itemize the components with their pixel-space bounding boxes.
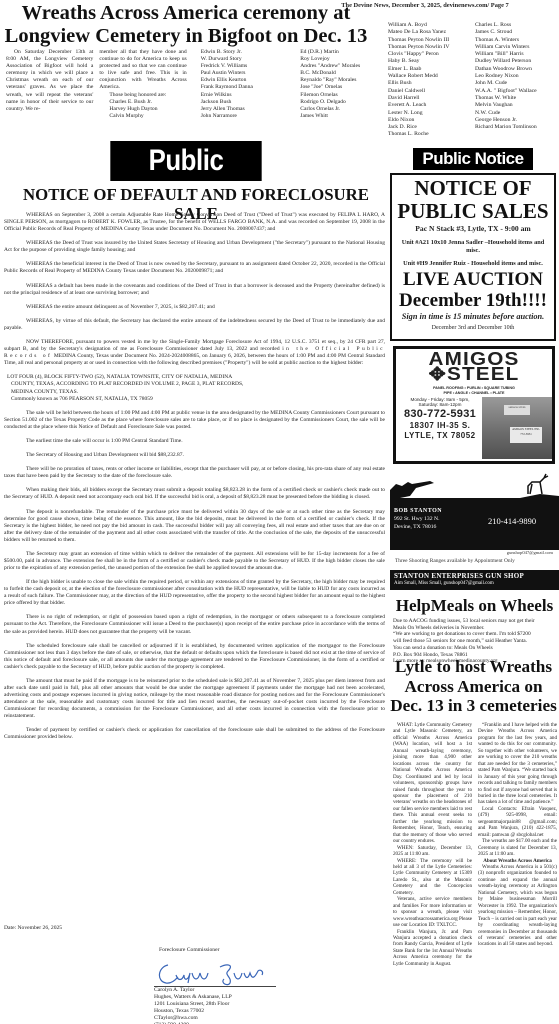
honoree: Eldo Nixon [388, 117, 471, 124]
page-header: The Devine News, December 3, 2025, devin… [294, 2, 556, 9]
honoree: Thomas Peyton Nowlin IV [388, 44, 471, 51]
article-paragraph: Local Contacts: Efrain Vasquez, (479) 92… [478, 806, 557, 838]
honored-list-2: Edwin B. Story Jr. W. Durward Story Fred… [193, 49, 281, 120]
shop-name: STANTON ENTERPRISES GUN SHOP [394, 572, 524, 580]
honoree: Charles L. Ross [475, 22, 558, 29]
notice-date: Date: November 26, 2025 [4, 925, 62, 932]
article-body-2: member all that they have done and conti… [99, 49, 186, 92]
gun-shop-ranges: gunshop047@gmail.com Three Shooting Rang… [390, 550, 559, 570]
honoree: James C. Stroud [475, 29, 558, 36]
article-col-2: member all that they have done and conti… [99, 49, 186, 120]
honoree: Clovis "Happy" Peron [388, 51, 471, 58]
signer-line: Houston, Texas 77002 [154, 1008, 232, 1015]
signer-contact: Carolyn A. Taylor Hughes, Watters & Aska… [154, 987, 232, 1024]
notice-paragraph: WHEREAS the entire amount delinquent as … [4, 304, 385, 311]
honoree: N.W. Cude [475, 110, 558, 117]
storefront-photo: AMIGOS STEEL AMIGOS STEEL 830-772-5931 [482, 397, 552, 459]
publication-dates: December 3rd and December 10th [392, 325, 554, 331]
notice-paragraph: If the high bidder is unable to close th… [4, 579, 385, 607]
now-therefore-paragraph: NOW THEREFORE, pursuant to powers vested… [4, 339, 385, 367]
address: 992 St. Hwy 132 N. [394, 516, 440, 524]
honoree: Thomas Peyton Nowlin III [388, 37, 471, 44]
honoree: Lester N. Long [388, 110, 471, 117]
lytle-headline: Lytle to host Wreaths Across America on … [388, 657, 559, 716]
shop-tagline: Aim Small, Miss Small, gunshop047@gmail.… [394, 581, 494, 586]
logo-line: ✥STEEL [384, 367, 559, 382]
honoree: Paul Austin Winters [201, 70, 281, 77]
lytle-article: WHAT: Lytle Community Cemetery and Lytle… [393, 722, 557, 967]
lot-line: Commonly known as 706 PEARSON ST, NATALI… [7, 396, 385, 403]
lytle-col-1: WHAT: Lytle Community Cemetery and Lytle… [393, 722, 472, 967]
article-paragraph: WHERE: The ceremony will be held at all … [393, 858, 472, 897]
honoree: Frank Raymond Danna [201, 84, 281, 91]
gun-shop-ad: BOB STANTON 992 St. Hwy 132 N. Devine, T… [390, 470, 559, 592]
article-paragraph: “Franklin and I have helped with the Dev… [478, 722, 557, 806]
meals-line: will feed those 53 seniors for one month… [393, 638, 557, 645]
honoree: Elmer L. Baab [388, 66, 471, 73]
signature-image [154, 959, 276, 987]
lot-line: MEDINA COUNTY, TEXAS. [7, 389, 385, 396]
notice-paragraph: Tender of payment by certified or cashie… [4, 727, 385, 741]
signer-line: CTaylor@hwa.com [154, 1015, 232, 1022]
honored-label: Those being honored are: [99, 92, 186, 99]
honored-names-continued: William A. Boyd Mateo De La Rosa Yanez T… [388, 22, 558, 139]
honoree: Calvin Murphy [109, 113, 186, 120]
amigos-products: PANEL ROOFING • PURLIN • SQUARE TUBING P… [396, 386, 552, 396]
article-col-1: On Saturday December 13th at 8:00 AM, th… [6, 49, 93, 120]
meals-line: You can send a donation to: Meals On Whe… [393, 645, 557, 652]
signin-note: Sign in time is 15 minutes before auctio… [392, 312, 554, 322]
honoree: Wallace Robert Medd [388, 73, 471, 80]
auction-date: December 19th!!!! [392, 292, 554, 310]
honoree: Mateo De La Rosa Yanez [388, 29, 471, 36]
address: Devine, TX 78016 [394, 524, 440, 532]
meals-title: HelpMeals on Wheels [390, 596, 559, 616]
honoree: Ellis Bush [388, 80, 471, 87]
honoree: Filemon Ornelas [300, 92, 374, 99]
honoree: Haby B. Seay [388, 58, 471, 65]
address: LYTLE, TX 78052 [398, 431, 482, 441]
sales-title-1: NOTICE OF [392, 178, 554, 198]
notice-paragraph: There will be no proration of taxes, ren… [4, 466, 385, 480]
honoree: Leo Rodney Nixon [475, 73, 558, 80]
live-auction-heading: LIVE AUCTION [392, 271, 554, 289]
honoree: Reynaldo "Ray" Morales [300, 77, 374, 84]
sales-location: Pac N Stack #3, Lytle, TX - 9:00 am [392, 224, 554, 233]
address: 18307 IH-35 S. [398, 421, 482, 431]
lot-line: LOT FOUR (4), BLOCK FIFTY-TWO (52), NATA… [7, 374, 385, 381]
notice-paragraph: The amount that must be paid if the mort… [4, 678, 385, 720]
honoree: Edwin B. Story Jr. [201, 49, 281, 56]
phone: 830-772-5931 [398, 408, 482, 421]
gun-shop-info: BOB STANTON 992 St. Hwy 132 N. Devine, T… [390, 498, 559, 550]
honoree: Jackson Bush [201, 99, 281, 106]
honoree: David Harrell [388, 95, 471, 102]
amigos-steel-ad: AMIGOS ✥STEEL PANEL ROOFING • PURLIN • S… [393, 346, 555, 464]
honoree: Thomas W. White [475, 95, 558, 102]
honoree: Ed (D.R.) Martin [300, 49, 374, 56]
honoree: Daniel Caldwell [388, 88, 471, 95]
honoree: Rodrigo O. Delgado [300, 99, 374, 106]
honored-list-1: Charles E. Bush Jr. Harvey Hugh Dayton C… [99, 99, 186, 120]
honoree: Dudley Willard Peterson [475, 58, 558, 65]
wreaths-longview-article: On Saturday December 13th at 8:00 AM, th… [6, 49, 374, 120]
notice-paragraph: When making their bids, all bidders exce… [4, 487, 385, 501]
honoree: Dathan Woodrow Brown [475, 66, 558, 73]
notice-paragraph: WHEREAS, by virtue of this default, the … [4, 318, 385, 332]
notice-paragraph: WHEREAS the Deed of Trust was insured by… [4, 240, 385, 254]
notice-paragraph: The scheduled foreclosure sale shall be … [4, 643, 385, 671]
honoree: Melvin Vaughan [475, 102, 558, 109]
honoree: William Carvin Winters [475, 44, 558, 51]
phone: 210-414-9890 [488, 516, 536, 526]
honoree: Jerry Allen Thomas [201, 106, 281, 113]
public-notice-banner: Public Notice [413, 148, 533, 170]
notice-paragraph: WHEREAS the beneficial interest in the D… [4, 261, 385, 275]
honoree: Thomas L. Roche [388, 131, 471, 138]
honoree: W. Durward Story [201, 56, 281, 63]
honoree: Andres "Andrew" Morales [300, 63, 374, 70]
headline-line-2: Longview Cemetery in Bigfoot on Dec. 13 [0, 25, 372, 48]
honoree: W.A.A. " Bigfoot" Wallace [475, 88, 558, 95]
article-paragraph: WHAT: Lytle Community Cemetery and Lytle… [393, 722, 472, 845]
article-paragraph: Wreaths Across America is a 501(c)(3) no… [478, 864, 557, 948]
honoree: Jack D. Rice [388, 124, 471, 131]
public-sales-notice: NOTICE OF PUBLIC SALES Pac N Stack #3, L… [390, 173, 556, 341]
article-paragraph: Veterans, active service members and fam… [393, 896, 472, 928]
photo-sign: AMIGOS STEEL [504, 405, 530, 415]
honoree: Roy Lovejoy [300, 56, 374, 63]
notice-paragraph: WHEREAS a default has been made in the c… [4, 283, 385, 297]
notice-paragraph: The Secretary of Housing and Urban Devel… [4, 452, 385, 459]
owner-name: BOB STANTON [394, 508, 442, 514]
shop-address: 992 St. Hwy 132 N. Devine, TX 78016 [394, 516, 440, 531]
photo-sign: AMIGOS STEEL 830-772-5931 [510, 427, 542, 443]
public-notices-banner: Public Notices [110, 141, 261, 181]
honored-list-5: Charles L. Ross James C. Stroud Thomas A… [475, 22, 558, 139]
notice-paragraph: The deposit is nonrefundable. The remain… [4, 509, 385, 544]
sales-unit: Unit #A21 10x10 Jenna Sadler –Household … [392, 239, 554, 254]
sales-title-2: PUBLIC SALES [392, 201, 554, 221]
honoree: William "Bill" Harris [475, 51, 558, 58]
honoree: Jose "Joe" Ornelas [300, 84, 374, 91]
honoree: Carlos Ornelas Jr. [300, 106, 374, 113]
article-paragraph: Franklin Wanjura, Jr. and Pam Wanjura ac… [393, 929, 472, 968]
ranges-note: Three Shooting Ranges available by Appoi… [395, 558, 515, 564]
notice-paragraph: The sale will be held between the hours … [4, 410, 385, 431]
honored-list-4: William A. Boyd Mateo De La Rosa Yanez T… [388, 22, 471, 139]
notice-paragraph: The earliest time the sale will occur is… [4, 438, 385, 445]
lytle-col-2: “Franklin and I have helped with the Dev… [478, 722, 557, 967]
honoree: John Narramore [201, 113, 281, 120]
honoree: Harvey Hugh Dayton [109, 106, 186, 113]
amigos-logo: AMIGOS ✥STEEL [384, 352, 559, 382]
lot-description: LOT FOUR (4), BLOCK FIFTY-TWO (52), NATA… [4, 374, 385, 402]
honoree: Charles E. Bush Jr. [109, 99, 186, 106]
now-therefore-text-2: MEDINA County, Texas under Document No. … [4, 353, 385, 366]
honoree: George Henson Jr. [475, 117, 558, 124]
signer-line: Carolyn A. Taylor [154, 987, 232, 994]
honoree: Richard Marion Tomlinson [475, 124, 558, 131]
gun-shop-footer: STANTON ENTERPRISES GUN SHOP Aim Small, … [390, 570, 559, 590]
lot-line: COUNTY, TEXAS, ACCORDING TO PLAT RECORDE… [7, 381, 385, 388]
honoree: Edwin Ellis Kearton [201, 77, 281, 84]
email: gunshop047@gmail.com [507, 550, 553, 555]
honoree: Ernie Wilkins [201, 92, 281, 99]
sales-unit: Unit #H9 Jennifer Ruiz - Household items… [392, 260, 554, 268]
honoree: James Whitt [300, 113, 374, 120]
honoree: B.C. McDonald [300, 70, 374, 77]
notice-paragraph: WHEREAS on September 3, 2008 a certain A… [4, 212, 385, 233]
meals-line: Due to AACOG funding issues, 53 local se… [393, 618, 557, 625]
honored-list-3: Ed (D.R.) Martin Roy Lovejoy Andres "And… [286, 49, 374, 120]
honoree: William A. Boyd [388, 22, 471, 29]
honoree: John M. Cude [475, 80, 558, 87]
honoree: Everett A. Leach [388, 102, 471, 109]
signer-title: Foreclosure Commissioner [159, 947, 219, 954]
honoree: Fredrick V. Williams [201, 63, 281, 70]
signer-line: Hughes, Watters & Askanase, LLP [154, 994, 232, 1001]
notice-paragraph: There is no right of redemption, or righ… [4, 614, 385, 635]
products-line: PIPE • ANGLE • CHANNEL • PLATE [396, 391, 552, 396]
article-paragraph: WHEN: Saturday, December 13, 2025 at 11:… [393, 845, 472, 858]
signer-line: 1201 Louisiana Street, 28th Floor [154, 1001, 232, 1008]
foreclosure-notice-body: WHEREAS on September 3, 2008 a certain A… [4, 212, 385, 749]
amigos-contact: Monday - Friday: 8am - 5pm, Saturday: 8a… [398, 397, 482, 441]
honoree: Thomas A. Winters [475, 37, 558, 44]
notice-paragraph: The Secretary may grant an extension of … [4, 551, 385, 572]
article-paragraph: The wreaths are $17.00 each and the Cere… [478, 838, 557, 857]
